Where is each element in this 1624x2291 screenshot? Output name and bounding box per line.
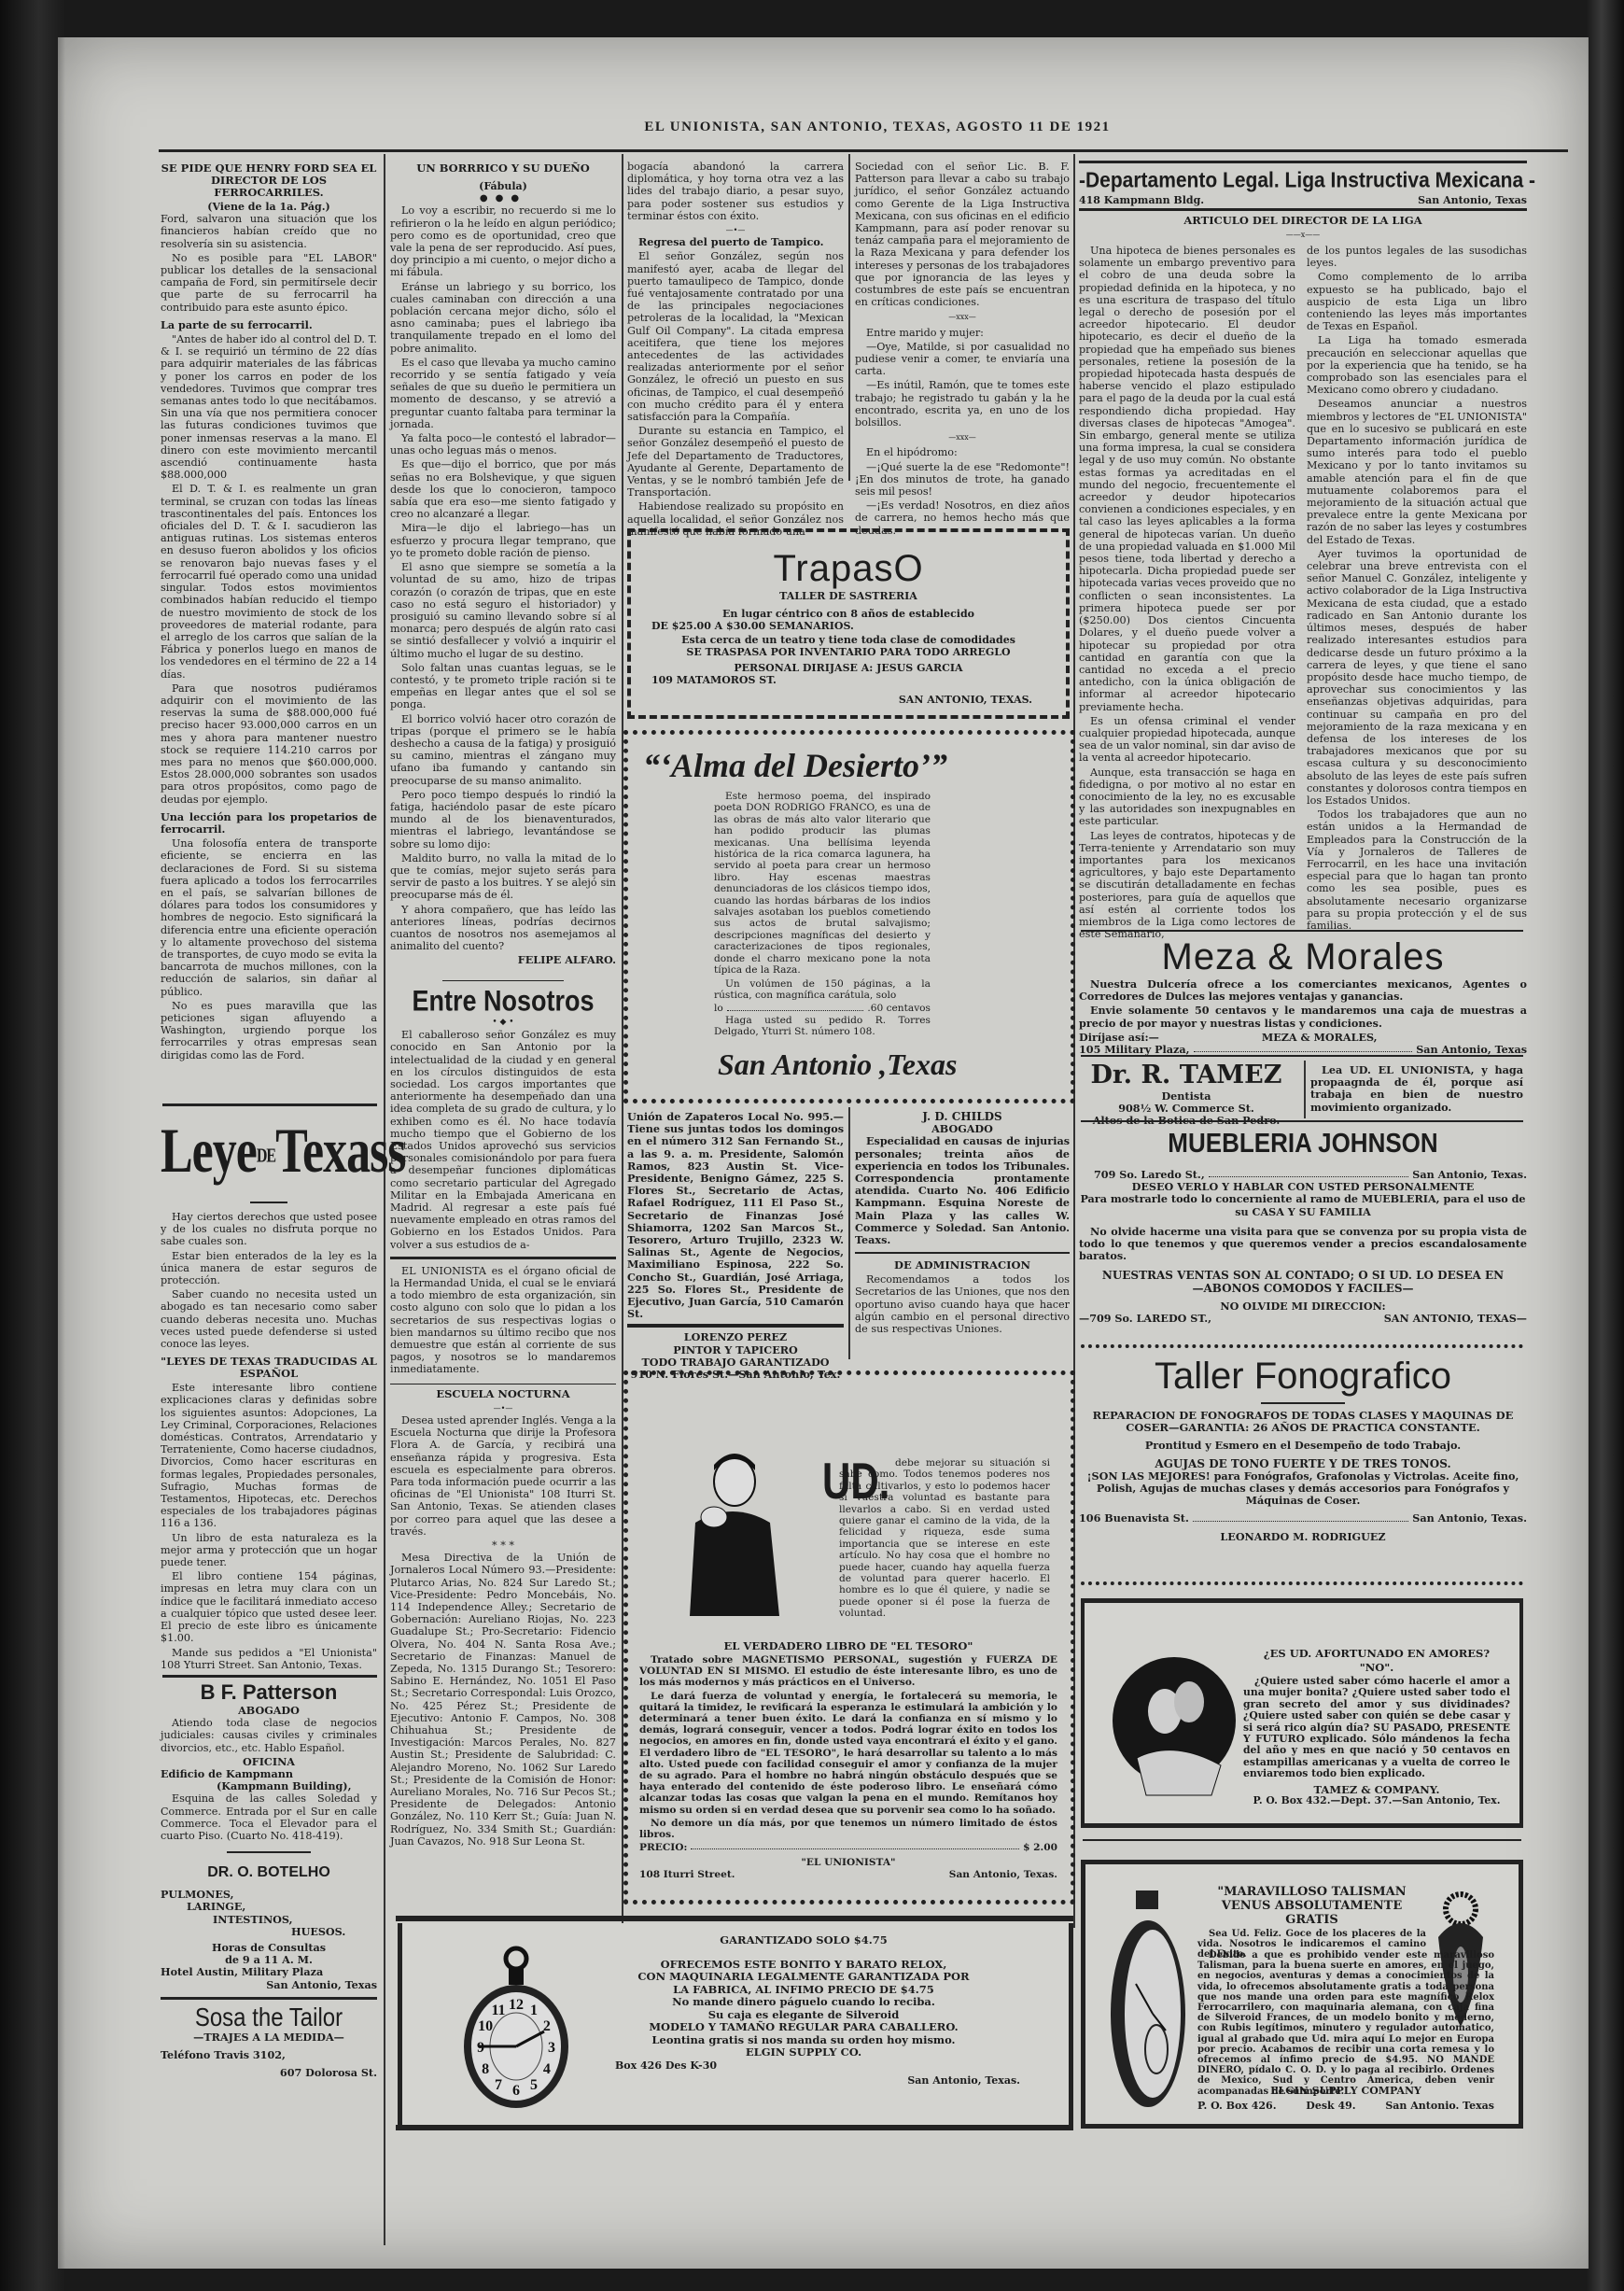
svg-text:5: 5 <box>530 2077 538 2093</box>
article-title: SE PIDE QUE HENRY FORD SEA EL DIRECTOR D… <box>161 162 377 199</box>
watch-ad-text: GARANTIZADO SOLO $4.75 OFRECEMOS ESTE BO… <box>617 1934 990 2059</box>
mesa-directiva: Mesa Directiva de la Unión de Jornaleros… <box>390 1552 616 1848</box>
ad-dr-tamez: Dr. R. TAMEZ Dentista 908½ W. Commerce S… <box>1079 1061 1294 1128</box>
ad-afortunado-en-amores: ¿ES UD. AFORTUNADO EN AMORES? "NO". ¿Qui… <box>1081 1598 1523 1828</box>
railroad-watch-illustration <box>1108 1890 1188 2111</box>
svg-text:4: 4 <box>543 2061 551 2077</box>
ad-title: LORENZO PEREZ <box>627 1331 844 1343</box>
union-zapateros: Unión de Zapateros Local No. 995.—Tiene … <box>627 1111 844 1381</box>
svg-text:6: 6 <box>512 2083 520 2099</box>
ad-el-tesoro: UD. debe mejorar su situación si sabe co… <box>623 1370 1075 1904</box>
author-signature: FELIPE ALFARO. <box>390 954 616 966</box>
column-divider <box>384 154 385 2245</box>
ad-bf-patterson: B F. Patterson ABOGADO Atiendo toda clas… <box>161 1680 377 2079</box>
organo-notice: EL UNIONISTA es el órgano oficial de la … <box>390 1265 616 1376</box>
subheading: La parte de su ferrocarril. <box>161 319 377 331</box>
liga-instructiva: -Departamento Legal. Liga Instructiva Me… <box>1079 168 1527 241</box>
ad-title: Sosa the Tailor <box>161 2003 377 2033</box>
article-title: Entre Nosotros <box>390 982 616 1019</box>
ad-taller-fonografico: Taller Fonografico REPARACION DE FONOGRA… <box>1079 1354 1527 1543</box>
article-continued: (Viene de la 1a. Pág.) <box>161 201 377 213</box>
ornament-dots: ●●● <box>390 192 616 204</box>
ornament-rule <box>250 1202 287 1203</box>
ad-title: Dr. R. TAMEZ <box>1079 1061 1294 1090</box>
ad-jd-childs: J. D. CHILDS ABOGADO Especialidad en cau… <box>855 1111 1070 1337</box>
liga-article-col-b: de los puntos legales de las susodichas … <box>1307 245 1527 934</box>
masthead: EL UNIONISTA, SAN ANTONIO, TEXAS, AGOSTO… <box>616 119 1139 135</box>
pocket-watch-illustration: 121234567891011 <box>460 1946 572 2110</box>
section-rule <box>161 1997 377 2000</box>
leyes-logo: LeyeDETexass <box>161 1116 377 1188</box>
section-rule <box>162 1675 377 1678</box>
ad-title: "MARAVILLOSO TALISMAN VENUS ABSOLUTAMENT… <box>1197 1885 1426 1927</box>
couple-illustration <box>1109 1655 1239 1801</box>
ad-title: “‘Alma del Desierto’” <box>628 746 1071 785</box>
ad-title: Meza & Morales <box>1079 935 1527 978</box>
man-pointing-illustration <box>677 1448 789 1616</box>
svg-text:12: 12 <box>509 1997 524 2013</box>
ornament-rule <box>227 1851 311 1853</box>
liga-article-col-a: Una hipoteca de bienes personales es sol… <box>1079 245 1295 942</box>
ad-meza-morales: Meza & Morales Nuestra Dulcería ofrece a… <box>1079 935 1527 1056</box>
price: .60 centavos <box>867 1003 931 1014</box>
section-title: -Departamento Legal. Liga Instructiva Me… <box>1079 167 1527 196</box>
article-title: DE ADMINISTRACION <box>855 1259 1070 1272</box>
svg-text:3: 3 <box>548 2040 555 2056</box>
article-gonzalez-continued: bogacía abandonó la carrera diplomática,… <box>627 161 844 540</box>
ad-title: MUEBLERIA JOHNSON <box>1079 1124 1527 1161</box>
ad-muebleria-johnson: MUEBLERIA JOHNSON 709 So. Laredo St.,San… <box>1079 1126 1527 1325</box>
svg-text:8: 8 <box>482 2061 489 2077</box>
column-divider <box>848 1107 850 1359</box>
svg-text:11: 11 <box>491 2003 505 2018</box>
ad-title: Taller Fonografico <box>1079 1354 1527 1398</box>
article-title: ESCUELA NOCTURNA <box>390 1388 616 1400</box>
ad-title: DR. O. BOTELHO <box>161 1862 377 1883</box>
article-henry-ford: SE PIDE QUE HENRY FORD SEA EL DIRECTOR D… <box>161 161 377 1063</box>
masthead-rule <box>159 149 1568 152</box>
ad-talisman-venus: "MARAVILLOSO TALISMAN VENUS ABSOLUTAMENT… <box>1081 1860 1523 2129</box>
article-borrico: UN BORRRICO Y SU DUEÑO (Fábula) ●●● Lo v… <box>390 161 616 967</box>
subheading: Regresa del puerto de Tampico. <box>627 236 844 248</box>
svg-text:1: 1 <box>530 2003 538 2018</box>
ad-pocket-watch: 121234567891011 GARANTIZADO SOLO $4.75 O… <box>398 1923 1073 2125</box>
price: $ 2.00 <box>1023 1842 1057 1853</box>
article-sociedad: Sociedad con el señor Lic. B. F. Patters… <box>855 161 1070 539</box>
article-leyes-de-texas: LeyeDETexass Hay ciertos derechos que us… <box>161 1111 377 1673</box>
ad-title: B F. Patterson <box>161 1680 377 1705</box>
lea-el-unionista: Lea UD. EL UNIONISTA, y haga propaagnda … <box>1310 1064 1523 1116</box>
subheading: "LEYES DE TEXAS TRADUCIDAS AL ESPAÑOL <box>161 1356 377 1380</box>
column-divider <box>848 154 850 481</box>
ad-alma-del-desierto: “‘Alma del Desierto’” Este hermoso poema… <box>623 730 1075 1103</box>
scan-shadow-left <box>0 0 65 2291</box>
svg-text:10: 10 <box>478 2018 493 2034</box>
ad-title: TrapasO <box>631 547 1066 590</box>
section-rule <box>162 1103 377 1106</box>
article-entre-nosotros: Entre Nosotros • ◆ • El caballeroso seño… <box>390 980 616 1849</box>
article-title: UN BORRRICO Y SU DUEÑO <box>390 162 616 175</box>
ad-trapaso: TrapasO TALLER DE SASTRERIA En lugar cén… <box>627 528 1070 719</box>
article-title: ARTICULO DEL DIRECTOR DE LA LIGA <box>1079 215 1527 227</box>
section-rule <box>390 1257 616 1259</box>
ad-title: ¿ES UD. AFORTUNADO EN AMORES? <box>1243 1648 1510 1660</box>
svg-text:7: 7 <box>495 2077 502 2093</box>
scan-shadow-right <box>1587 0 1624 2291</box>
subheading: Una lección para los propetarios de ferr… <box>161 811 377 836</box>
article-title: EL VERDADERO LIBRO DE "EL TESORO" <box>639 1640 1057 1652</box>
